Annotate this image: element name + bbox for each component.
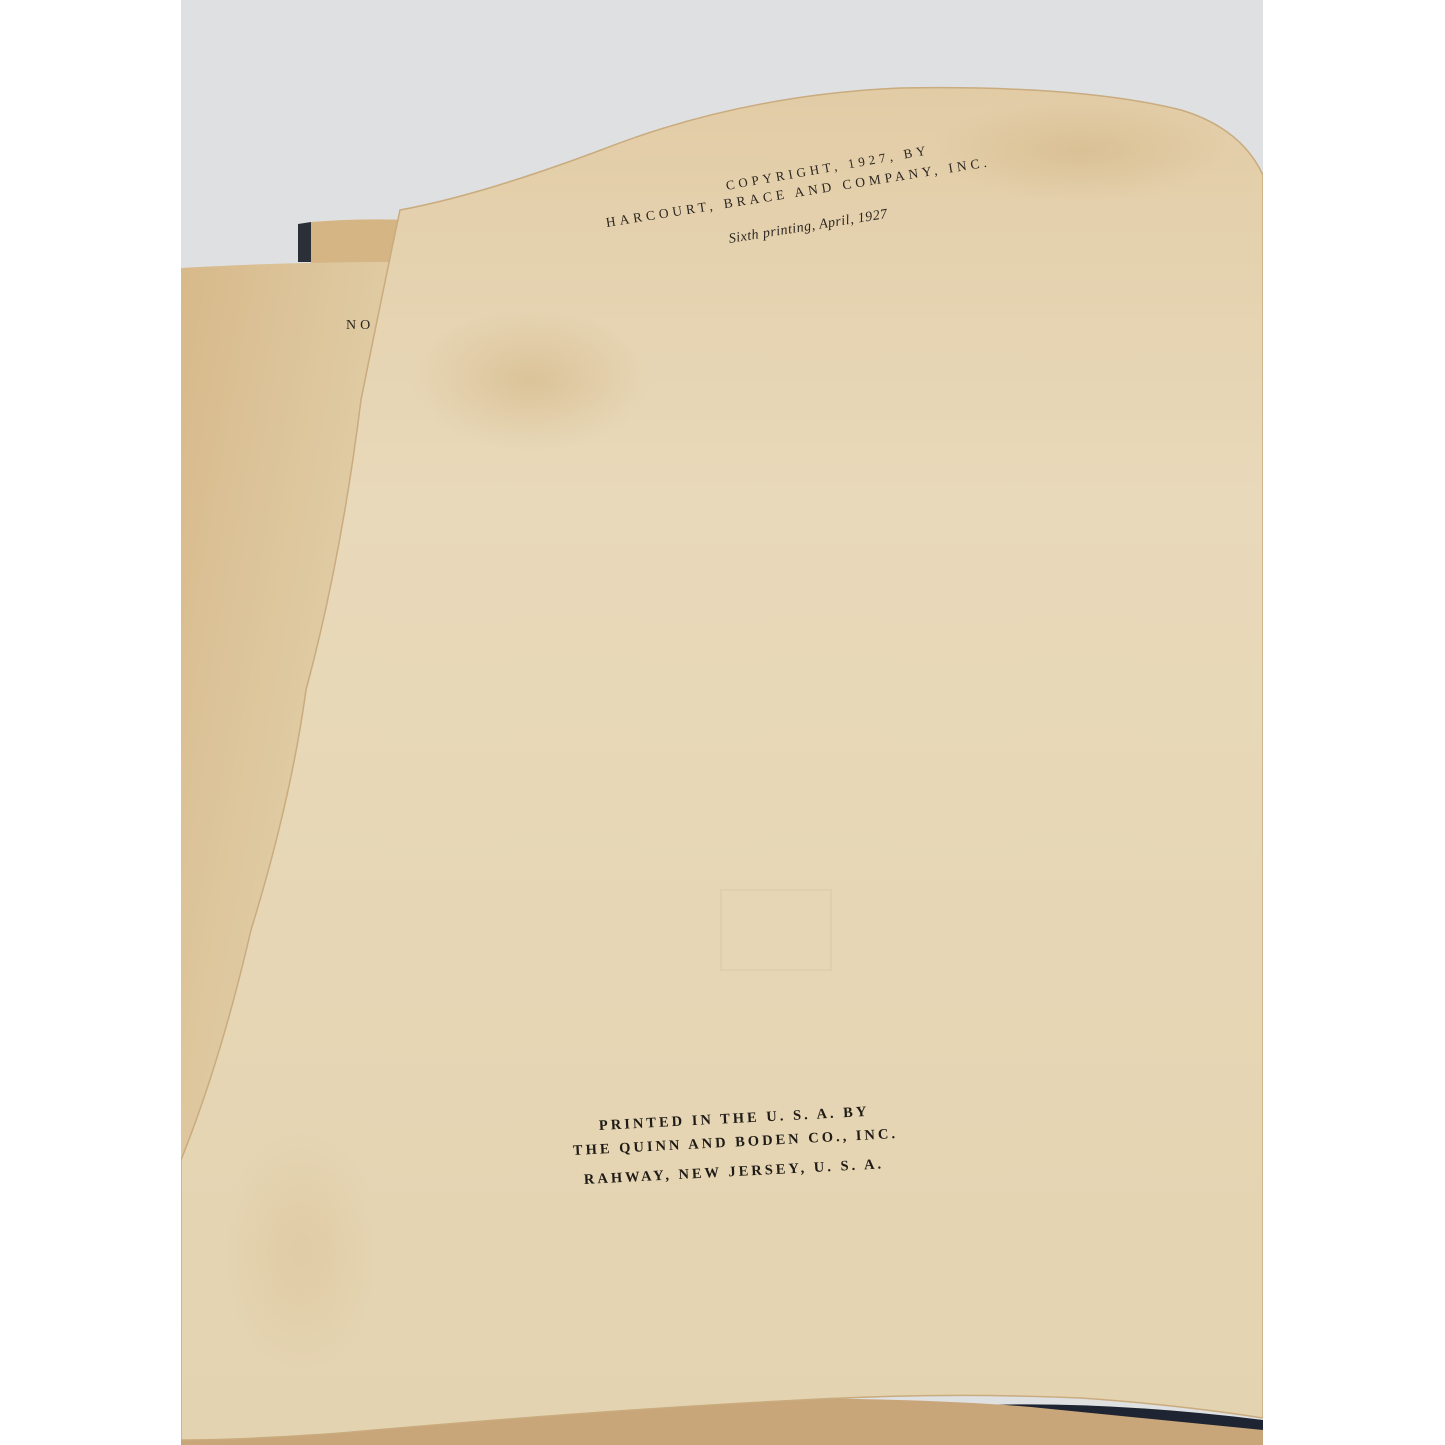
book-photo: NO COPYRIGHT, 1927, BY HARCOURT, BRACE A… bbox=[181, 0, 1263, 1445]
book-spine-fragment bbox=[298, 222, 311, 262]
book-illustration bbox=[181, 0, 1263, 1445]
left-page-partial-text: NO bbox=[346, 318, 374, 334]
